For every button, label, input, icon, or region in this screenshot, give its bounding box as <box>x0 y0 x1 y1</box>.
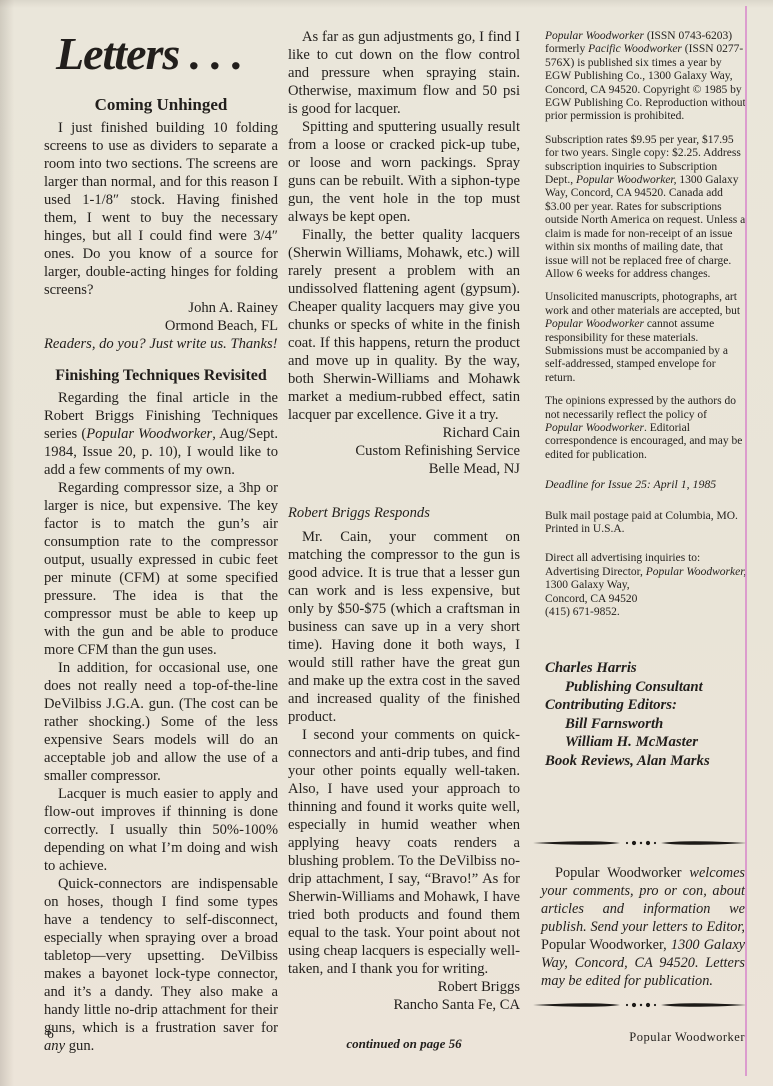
page-title: Letters . . . <box>56 30 278 78</box>
column-left: Letters . . . Coming Unhinged I just fin… <box>44 30 278 1055</box>
advertising-block: Direct all advertising inquiries to: Adv… <box>545 552 747 619</box>
opinions-info: The opinions expressed by the authors do… <box>545 395 747 462</box>
letter-heading-coming-unhinged: Coming Unhinged <box>44 96 278 115</box>
pink-registration-rule <box>745 6 747 1076</box>
scan-edge-shadow-left <box>0 0 14 1086</box>
masthead-role: Contributing Editors: <box>545 696 747 715</box>
letter-paragraph: Spitting and sputtering usually result f… <box>288 118 520 226</box>
signature-location: Ormond Beach, FL <box>44 317 278 335</box>
signature-name: John A. Rainey <box>44 299 278 317</box>
advertising-line: Advertising Director, Popular Woodworker… <box>545 566 747 579</box>
tapered-rule-divider-icon <box>533 838 747 848</box>
response-heading: Robert Briggs Responds <box>288 504 520 522</box>
letter-paragraph: In addition, for occasional use, one doe… <box>44 659 278 785</box>
masthead-name: Bill Farnsworth <box>545 715 747 734</box>
magazine-page: Letters . . . Coming Unhinged I just fin… <box>0 0 773 1086</box>
letter-paragraph: Regarding the final article in the Rober… <box>44 389 278 479</box>
postage-note: Bulk mail postage paid at Columbia, MO. … <box>545 510 747 537</box>
letter-paragraph: Finally, the better quality lacquers (Sh… <box>288 226 520 424</box>
page-number: 6 <box>47 1026 54 1042</box>
signature-location: Belle Mead, NJ <box>288 460 520 478</box>
masthead-name: Charles Harris <box>545 659 747 678</box>
masthead-role: Publishing Consultant <box>545 678 747 697</box>
advertising-line: (415) 671-9852. <box>545 606 747 619</box>
letter-paragraph: Lacquer is much easier to apply and flow… <box>44 785 278 875</box>
editor-note: Readers, do you? Just write us. Thanks! <box>44 335 278 353</box>
letter-paragraph: As far as gun adjustments go, I find I l… <box>288 28 520 118</box>
publication-info: Popular Woodworker (ISSN 0743-6203) form… <box>545 30 747 124</box>
letter-signature: John A. Rainey Ormond Beach, FL <box>44 299 278 335</box>
deadline-note: Deadline for Issue 25: April 1, 1985 <box>545 478 747 491</box>
letter-signature: Richard Cain Custom Refinishing Service … <box>288 424 520 478</box>
signature-name: Richard Cain <box>288 424 520 442</box>
letter-paragraph: Quick-connectors are indispensable on ho… <box>44 875 278 1055</box>
signature-location: Rancho Santa Fe, CA <box>288 996 520 1014</box>
letter-heading-finishing-techniques: Finishing Techniques Revisited <box>44 367 278 385</box>
response-signature: Robert Briggs Rancho Santa Fe, CA <box>288 978 520 1014</box>
subscription-info: Subscription rates $9.95 per year, $17.9… <box>545 134 747 281</box>
column-middle: As far as gun adjustments go, I find I l… <box>288 28 520 1065</box>
signature-business: Custom Refinishing Service <box>288 442 520 460</box>
signature-name: Robert Briggs <box>288 978 520 996</box>
continued-note: continued on page 56 <box>288 1036 520 1052</box>
footer-magazine-name: Popular Woodworker <box>629 1030 745 1045</box>
masthead-name: William H. McMaster <box>545 733 747 752</box>
submissions-info: Unsolicited manuscripts, photographs, ar… <box>545 291 747 385</box>
letters-notice-block: Popular Woodworker welcomes your comment… <box>533 838 747 1010</box>
letter-paragraph: Regarding compressor size, a 3hp or larg… <box>44 479 278 659</box>
advertising-line: Direct all advertising inquiries to: <box>545 552 747 565</box>
scan-edge-shadow-top <box>0 0 773 8</box>
masthead-name: Book Reviews, Alan Marks <box>545 752 747 771</box>
advertising-line: 1300 Galaxy Way, <box>545 579 747 592</box>
tapered-rule-divider-icon <box>533 1000 747 1010</box>
letter-paragraph: I just finished building 10 folding scre… <box>44 119 278 299</box>
advertising-line: Concord, CA 94520 <box>545 593 747 606</box>
letters-welcome-notice: Popular Woodworker welcomes your comment… <box>533 864 747 990</box>
column-right-masthead: Popular Woodworker (ISSN 0743-6203) form… <box>545 30 747 770</box>
response-paragraph: I second your comments on quick-connecto… <box>288 726 520 978</box>
response-paragraph: Mr. Cain, your comment on matching the c… <box>288 528 520 726</box>
masthead-credits: Charles Harris Publishing Consultant Con… <box>545 659 747 770</box>
